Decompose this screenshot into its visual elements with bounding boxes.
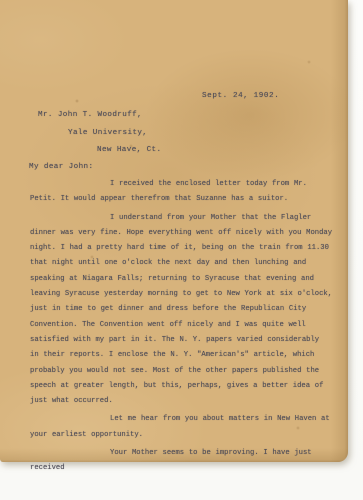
letter-paragraph-2: I understand from your Mother that the F… (30, 211, 332, 410)
letter-paragraph-1: I received the enclosed letter today fro… (30, 177, 332, 208)
recipient-name: Mr. John T. Woodruff, (38, 111, 142, 119)
letter-date: Sept. 24, 1902. (202, 92, 279, 100)
letter-paragraph-4: Your Mother seems to be improving. I hav… (30, 446, 332, 477)
recipient-institution: Yale University, (68, 129, 147, 137)
letter-paragraph-3: Let me hear from you about matters in Ne… (30, 412, 332, 443)
salutation: My dear John: (29, 163, 93, 171)
recipient-city: New Have, Ct. (97, 146, 161, 154)
letter-body: I received the enclosed letter today fro… (30, 177, 332, 480)
letter-paper: Sept. 24, 1902. Mr. John T. Woodruff, Ya… (0, 0, 348, 462)
